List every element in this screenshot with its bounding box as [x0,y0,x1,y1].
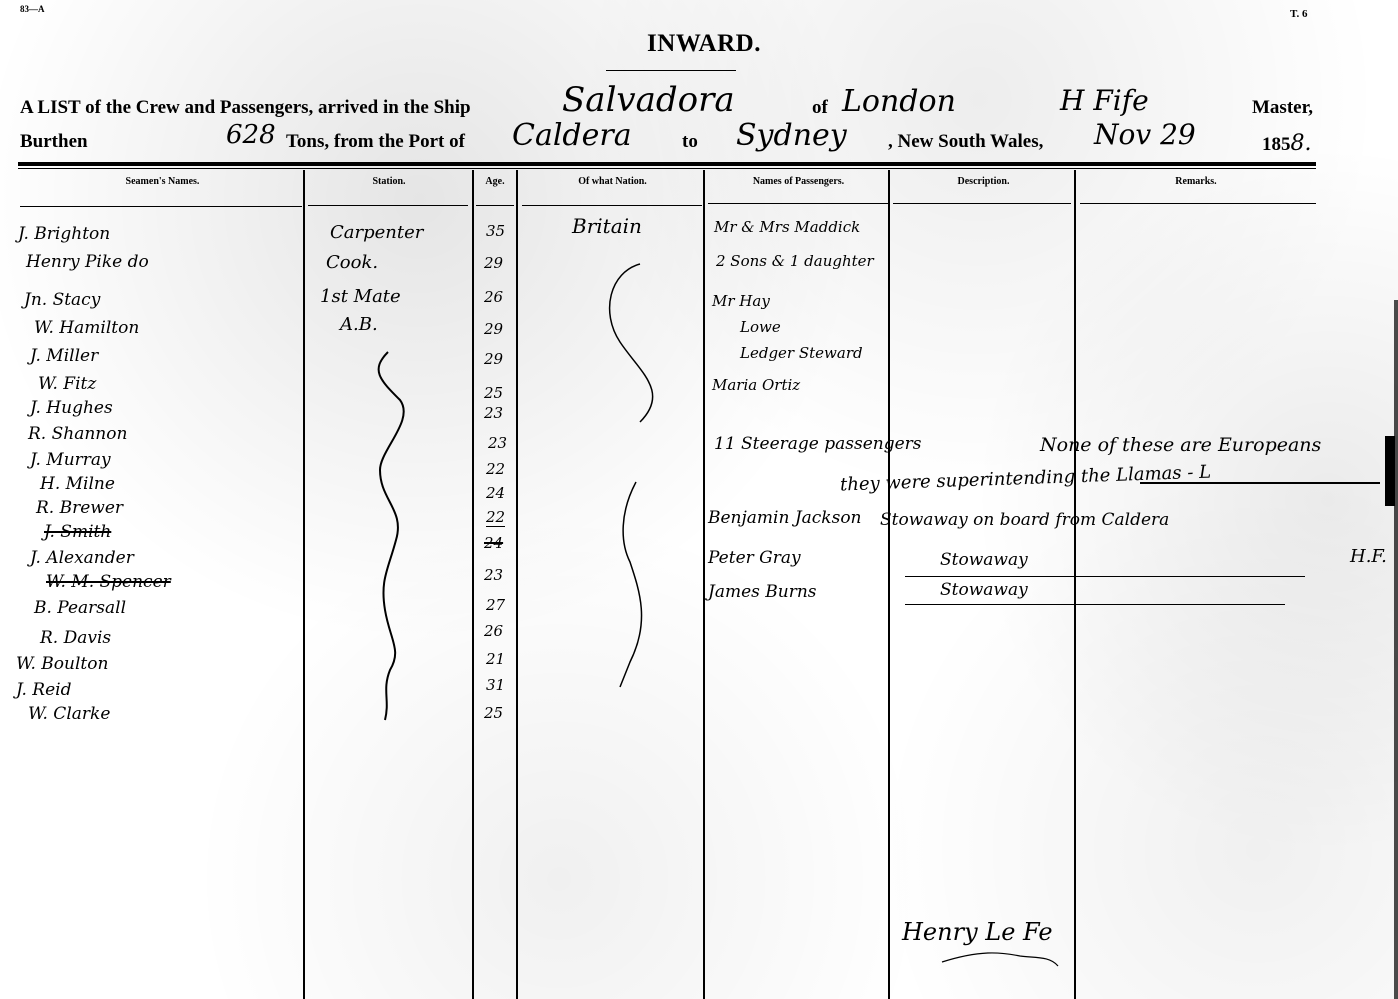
page-edge [1394,300,1398,999]
dash-line [905,604,1285,605]
to-label: to [682,131,698,153]
crew-station: A.B. [340,314,378,335]
passenger-name: James Burns [708,582,817,602]
crew-name: R. Shannon [28,424,127,444]
remark-underline [1140,482,1380,484]
colhead-underline [522,205,702,206]
passenger-name: Peter Gray [708,548,801,568]
passenger-name: Mr & Mrs Maddick [714,218,860,236]
tons-label: Tons, from the Port of [286,131,465,153]
header-rule-thin [18,168,1316,169]
nation-value: Britain [572,214,642,238]
crew-name-struck: W. M. Spencer [46,572,171,592]
passenger-name: Ledger Steward [740,344,863,362]
dash-line [905,576,1305,577]
colhead-underline [893,203,1071,204]
crew-age: 31 [486,676,505,694]
col-station: Station. [305,176,473,187]
crew-age: 29 [484,254,503,272]
crew-name: J. Reid [16,680,71,700]
crew-age: 23 [484,566,503,584]
page-ref: T. 6 [1290,8,1308,20]
crew-name: Jn. Stacy [24,290,100,310]
crew-station: Carpenter [330,222,423,243]
crew-station: 1st Mate [320,286,401,307]
column-divider [703,170,705,999]
master-name: H Fife [1060,84,1149,117]
col-age: Age. [473,176,517,187]
crew-name-struck: J. Smith [44,522,111,542]
colhead-underline [308,205,468,206]
tons-value: 628 [226,120,276,150]
from-port: Caldera [512,118,632,153]
crew-name: J. Brighton [18,224,110,244]
crew-age: 22 [486,460,505,478]
column-divider [1074,170,1076,999]
destination: Sydney [736,118,847,153]
title-underline [606,70,736,71]
passenger-name: Benjamin Jackson [708,508,862,528]
crew-age: 23 [488,434,507,452]
crew-age: 24 [486,484,505,502]
crew-age-struck: 24 [484,534,503,552]
of-label: of [812,97,828,119]
crew-age: 25 [484,384,503,402]
crew-name: H. Milne [40,474,115,494]
crew-age: 26 [484,288,503,306]
header-rule [18,162,1316,166]
crew-age: 26 [484,622,503,640]
crew-age: 29 [484,350,503,368]
column-divider [516,170,518,999]
signature-flourish [940,940,1060,970]
crew-name: J. Murray [30,450,111,470]
col-seamen-names: Seamen's Names. [20,176,305,187]
crew-age: 21 [486,650,505,668]
burthen-label: Burthen [20,131,88,153]
remark-line-1: None of these are Europeans [1040,434,1321,456]
col-description: Description. [891,176,1076,187]
arrival-date: Nov 29 [1094,118,1196,151]
column-divider [303,170,305,999]
column-divider [888,170,890,999]
col-remarks: Remarks. [1076,176,1316,187]
nsw-label: , New South Wales, [888,131,1043,153]
header-line-1: A LIST of the Crew and Passengers, arriv… [20,97,471,119]
remark-line-2: they were superintending the Llamas - L [840,462,1212,496]
description-stowaway: Stowaway [940,550,1028,570]
crew-name: W. Hamilton [34,318,139,338]
passenger-name: Lowe [740,318,781,336]
master-label: Master, [1252,97,1313,119]
colhead-underline [20,206,302,207]
ditto-mark [360,350,410,740]
column-divider [472,170,474,999]
crew-age: 23 [484,404,503,422]
form-number: 83—A [20,4,45,14]
passenger-name: 11 Steerage passengers [714,434,922,454]
crew-name: W. Fitz [38,374,96,394]
crew-name: R. Brewer [36,498,123,518]
crew-name: J. Miller [30,346,98,366]
remark-line-3: Stowaway on board from Caldera [880,510,1169,530]
col-nation: Of what Nation. [520,176,705,187]
crew-name: J. Alexander [30,548,134,568]
crew-age: 22 [486,508,505,527]
colhead-underline [1080,203,1316,204]
colhead-underline [476,205,514,206]
passenger-name: Mr Hay [712,292,770,310]
description-stowaway: Stowaway [940,580,1028,600]
crew-age: 35 [486,222,505,240]
col-passengers: Names of Passengers. [706,176,891,187]
colhead-underline [708,203,888,204]
crew-name: B. Pearsall [34,598,126,618]
ditto-mark-nation [600,262,670,692]
year-label: 1858. [1262,131,1312,156]
passenger-name: Maria Ortiz [712,376,800,394]
crew-name: J. Hughes [30,398,113,418]
crew-name: Henry Pike do [26,252,149,272]
crew-age: 25 [484,704,503,722]
passenger-name: 2 Sons & 1 daughter [716,252,874,270]
crew-name: W. Clarke [28,704,110,724]
crew-age: 29 [484,320,503,338]
crew-age: 27 [486,596,505,614]
home-port: London [842,84,956,119]
crew-station: Cook. [326,252,378,273]
page-title: INWARD. [0,30,1398,58]
ship-name: Salvadora [562,80,735,120]
crew-name: W. Boulton [16,654,108,674]
crew-name: R. Davis [40,628,111,648]
remark-initials: H.F. [1350,546,1387,567]
